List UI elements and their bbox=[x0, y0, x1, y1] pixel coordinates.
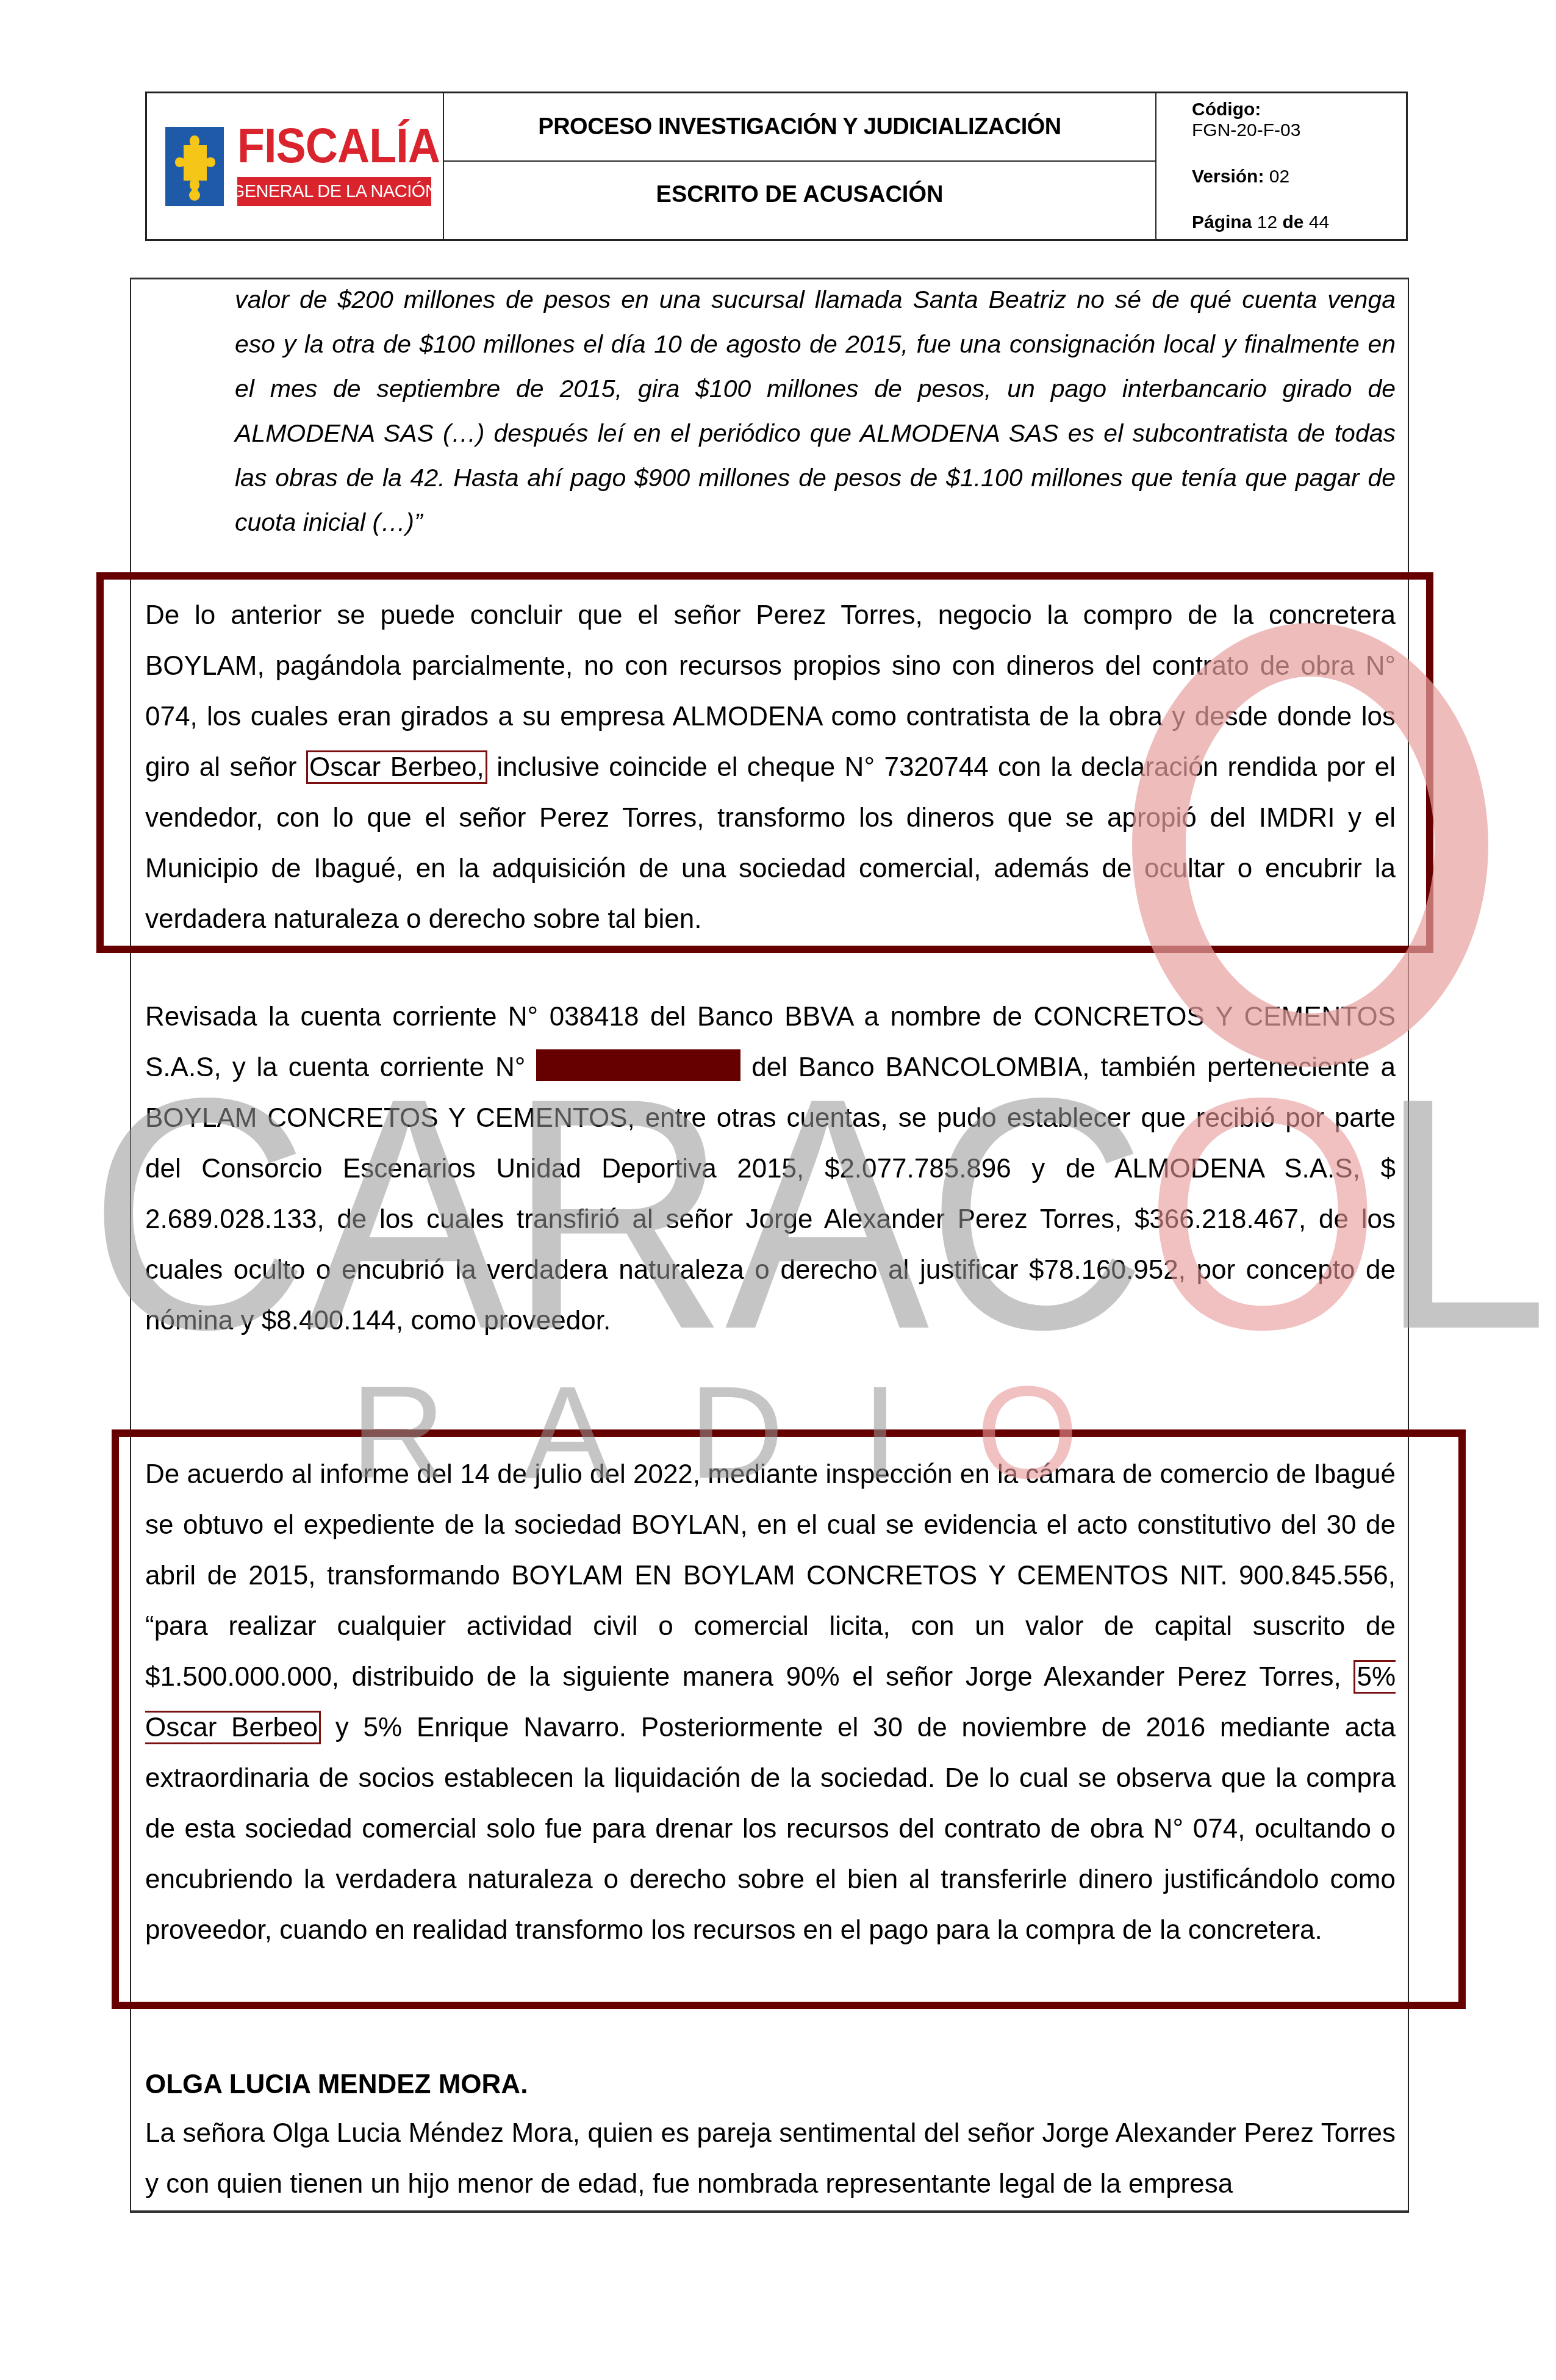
version-block: Versión: 02 bbox=[1192, 167, 1289, 187]
redacted-account-number bbox=[536, 1049, 740, 1081]
logo-subtitle: GENERAL DE LA NACIÓN bbox=[237, 177, 431, 206]
page-total: 44 bbox=[1309, 212, 1329, 232]
paragraph-text: De acuerdo al informe del 14 de julio de… bbox=[145, 1459, 1396, 1692]
paragraph-bank-accounts: Revisada la cuenta corriente N° 038418 d… bbox=[145, 991, 1396, 1346]
page-current: 12 bbox=[1257, 212, 1277, 232]
quoted-testimony: valor de $200 millones de pesos en una s… bbox=[235, 278, 1396, 545]
puzzle-piece-icon bbox=[165, 127, 224, 206]
version-label: Versión: bbox=[1192, 167, 1264, 187]
paragraph-text: y 5% Enrique Navarro. Posteriormente el … bbox=[145, 1713, 1396, 1945]
quote-line: valor de $200 millones de pesos en una s… bbox=[235, 278, 1396, 322]
page-block: Página 12 de 44 bbox=[1192, 212, 1329, 233]
paragraph-olga-lucia: La señora Olga Lucia Méndez Mora, quien … bbox=[145, 2108, 1396, 2209]
fiscalia-logo: FISCALÍA GENERAL DE LA NACIÓN bbox=[165, 127, 434, 212]
quote-line: ALMODENA SAS (…) después leí en el perió… bbox=[235, 411, 1396, 456]
page-of: de bbox=[1282, 212, 1303, 232]
page-label: Página bbox=[1192, 212, 1252, 232]
paragraph-conclusion: De lo anterior se puede concluir que el … bbox=[145, 590, 1396, 944]
paragraph-chamber-of-commerce: De acuerdo al informe del 14 de julio de… bbox=[145, 1449, 1396, 1955]
paragraph-text: del Banco BANCOLOMBIA, también perteneci… bbox=[145, 1052, 1396, 1336]
quote-line: las obras de la 42. Hasta ahí pago $900 … bbox=[235, 456, 1396, 500]
code-block: Código: FGN-20-F-03 bbox=[1192, 99, 1300, 141]
version-value: 02 bbox=[1269, 167, 1289, 187]
title-cell: PROCESO INVESTIGACIÓN Y JUDICIALIZACIÓN … bbox=[444, 93, 1156, 239]
quote-line: el mes de septiembre de 2015, gira $100 … bbox=[235, 367, 1396, 411]
section-heading: OLGA LUCIA MENDEZ MORA. bbox=[145, 2059, 1396, 2110]
logo-cell: FISCALÍA GENERAL DE LA NACIÓN bbox=[147, 93, 444, 239]
code-label: Código: bbox=[1192, 99, 1300, 120]
quote-line: cuota inicial (…)” bbox=[235, 500, 1396, 545]
document-meta-cell: Código: FGN-20-F-03 Versión: 02 Página 1… bbox=[1156, 93, 1406, 239]
process-title: PROCESO INVESTIGACIÓN Y JUDICIALIZACIÓN bbox=[444, 93, 1155, 162]
document-header-table: FISCALÍA GENERAL DE LA NACIÓN PROCESO IN… bbox=[145, 92, 1408, 241]
code-value: FGN-20-F-03 bbox=[1192, 120, 1300, 141]
quote-line: eso y la otra de $100 millones el día 10… bbox=[235, 322, 1396, 367]
document-title: ESCRITO DE ACUSACIÓN bbox=[444, 162, 1155, 240]
logo-wordmark: FISCALÍA bbox=[237, 118, 440, 173]
highlighted-name: Oscar Berbeo, bbox=[306, 750, 487, 784]
